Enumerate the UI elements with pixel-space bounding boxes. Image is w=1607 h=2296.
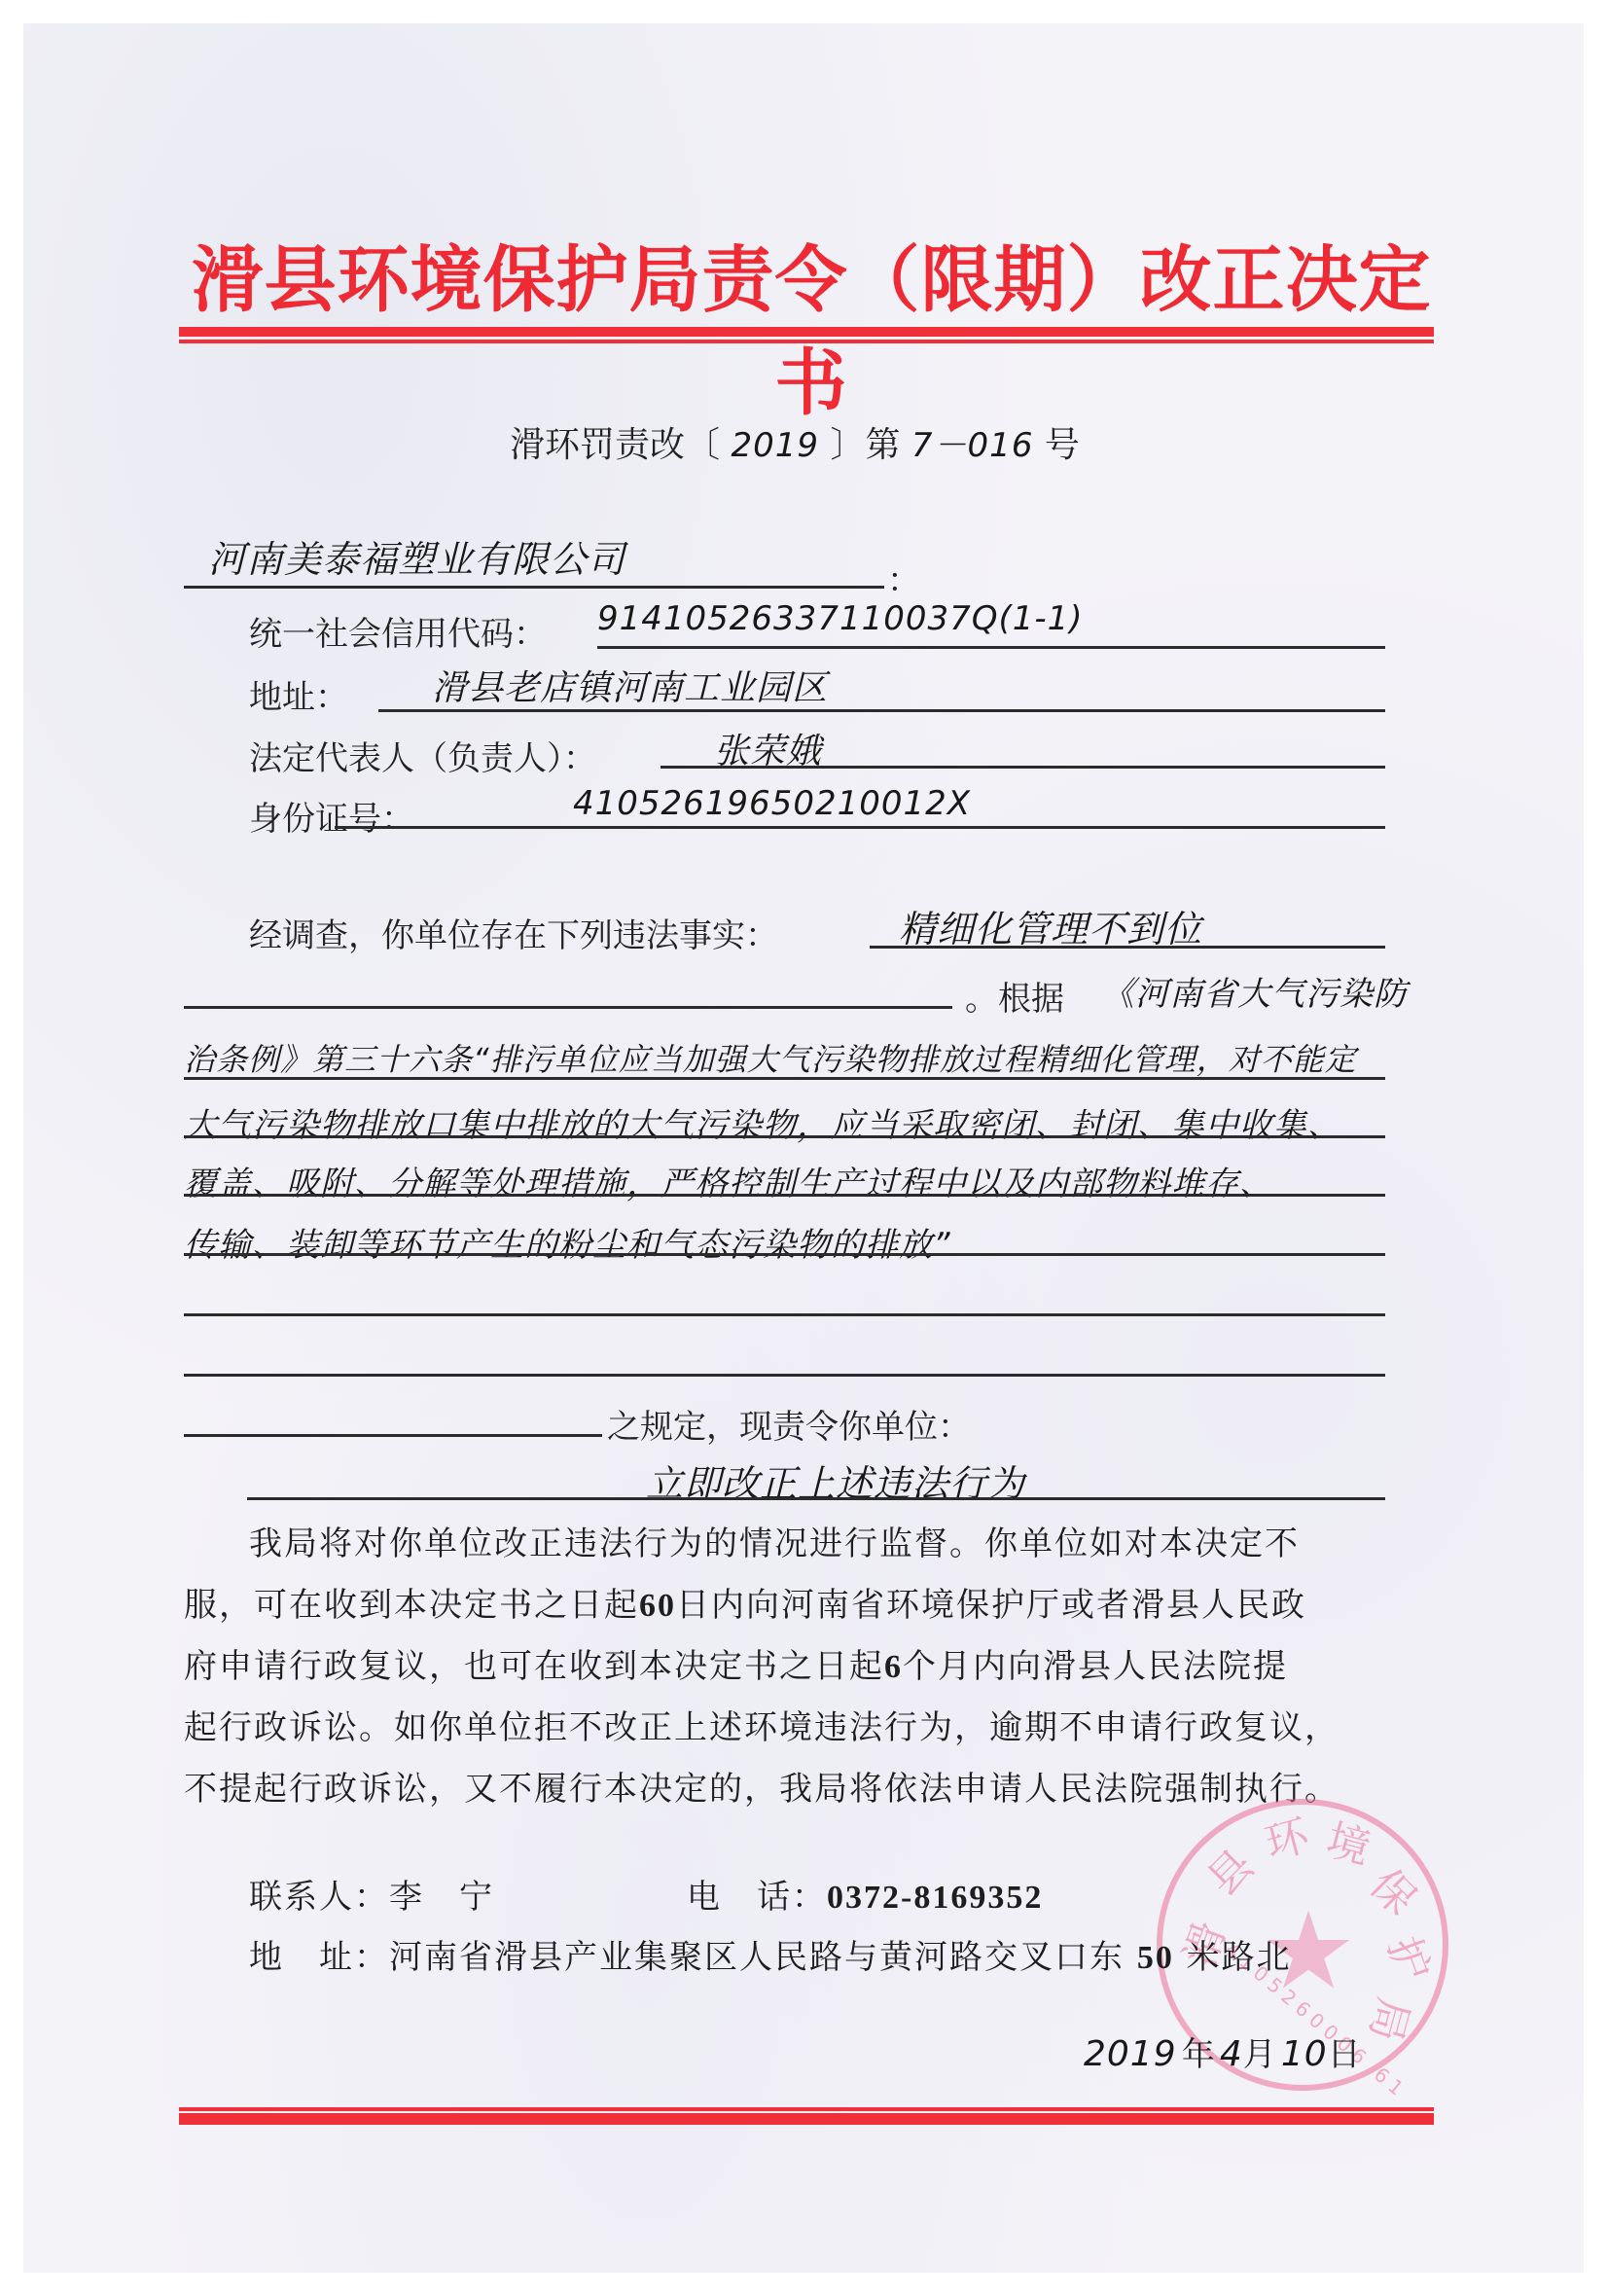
basis-line-3: 大气污染物排放口集中排放的大气污染物，应当采取密闭、封闭、集中收集、 bbox=[184, 1098, 1341, 1146]
notice-line-3: 府申请行政复议，也可在收到本决定书之日起6个月内向滑县人民法院提 bbox=[184, 1639, 1288, 1687]
document-title: 滑县环境保护局责令（限期）改正决定书 bbox=[179, 223, 1444, 429]
basis-line-5: 传输、装卸等环节产生的粉尘和气态污染物的排放” bbox=[184, 1218, 951, 1266]
notice-line-4: 起行政诉讼。如你单位拒不改正上述环境违法行为，逾期不申请行政复议， bbox=[184, 1701, 1339, 1748]
blank-underline-6 bbox=[184, 1313, 1385, 1316]
address-underline bbox=[378, 709, 1385, 712]
basis-underline-2 bbox=[184, 1077, 1385, 1080]
basis-line-1: 《河南省大气污染防 bbox=[1101, 967, 1408, 1015]
id-number-value: 41052619650210012X bbox=[573, 784, 971, 823]
violation-fact-underline bbox=[870, 946, 1385, 949]
address-label: 地址： bbox=[249, 670, 348, 718]
footer-red-rule bbox=[179, 2107, 1434, 2125]
company-colon: ： bbox=[887, 554, 920, 601]
issue-date: 2019 年 4月 10日 bbox=[1084, 2027, 1361, 2075]
basis-underline-4 bbox=[184, 1194, 1385, 1197]
credit-code-value: 91410526337110037Q(1-1) bbox=[597, 599, 1084, 638]
basis-label: 。根据 bbox=[965, 972, 1064, 1020]
address-value: 滑县老店镇河南工业园区 bbox=[432, 661, 828, 710]
document-number: 滑环罚责改〔 2019 〕第 7－016 号 bbox=[510, 417, 1080, 467]
notice-line-2: 服，可在收到本决定书之日起60日内向河南省环境保护厅或者滑县人民政 bbox=[184, 1578, 1306, 1626]
basis-underline-3 bbox=[184, 1135, 1385, 1138]
header-red-rule bbox=[179, 327, 1434, 344]
correction-order-underline bbox=[247, 1497, 1385, 1500]
date-day: 10 bbox=[1281, 2034, 1328, 2074]
blank-underline-7 bbox=[184, 1374, 1385, 1377]
legal-rep-label: 法定代表人（负责人）： bbox=[249, 732, 596, 779]
credit-code-underline bbox=[597, 646, 1385, 649]
contact-person: 联系人：李 宁 bbox=[249, 1870, 494, 1918]
company-name: 河南美泰福塑业有限公司 bbox=[208, 529, 625, 583]
provision-label: 之规定，现责令你单位： bbox=[607, 1400, 971, 1448]
date-month: 4 bbox=[1220, 2034, 1243, 2074]
violation-blank-underline bbox=[184, 1006, 952, 1009]
provision-blank-underline bbox=[184, 1434, 602, 1437]
basis-underline-5 bbox=[184, 1253, 1385, 1256]
credit-code-label: 统一社会信用代码： bbox=[249, 607, 547, 655]
basis-line-2: 治条例》第三十六条“排污单位应当加强大气污染物排放过程精细化管理，对不能定 bbox=[184, 1035, 1357, 1080]
contact-address: 地 址：河南省滑县产业集聚区人民路与黄河路交叉口东 50 米路北 bbox=[249, 1930, 1292, 1978]
id-number-label: 身份证号： bbox=[249, 792, 414, 840]
legal-rep-underline bbox=[661, 766, 1385, 769]
contact-phone: 电 话：0372-8169352 bbox=[687, 1870, 1043, 1918]
notice-line-5: 不提起行政诉讼，又不履行本决定的，我局将依法申请人民法院强制执行。 bbox=[184, 1762, 1339, 1810]
date-year: 2019 bbox=[1084, 2034, 1177, 2074]
scanned-page: 滑县环境保护局责令（限期）改正决定书 滑环罚责改〔 2019 〕第 7－016 … bbox=[23, 23, 1584, 2273]
company-underline bbox=[184, 586, 884, 589]
basis-line-4: 覆盖、吸附、分解等处理措施，严格控制生产过程中以及内部物料堆存、 bbox=[184, 1157, 1273, 1204]
doc-year: 2019 bbox=[731, 426, 819, 465]
violation-intro-label: 经调查，你单位存在下列违法事实： bbox=[249, 909, 778, 956]
doc-serial: 7－016 bbox=[911, 426, 1034, 465]
violation-fact: 精细化管理不到位 bbox=[899, 899, 1202, 952]
id-number-underline bbox=[335, 826, 1385, 829]
notice-line-1: 我局将对你单位改正违法行为的情况进行监督。你单位如对本决定不 bbox=[249, 1517, 1300, 1564]
